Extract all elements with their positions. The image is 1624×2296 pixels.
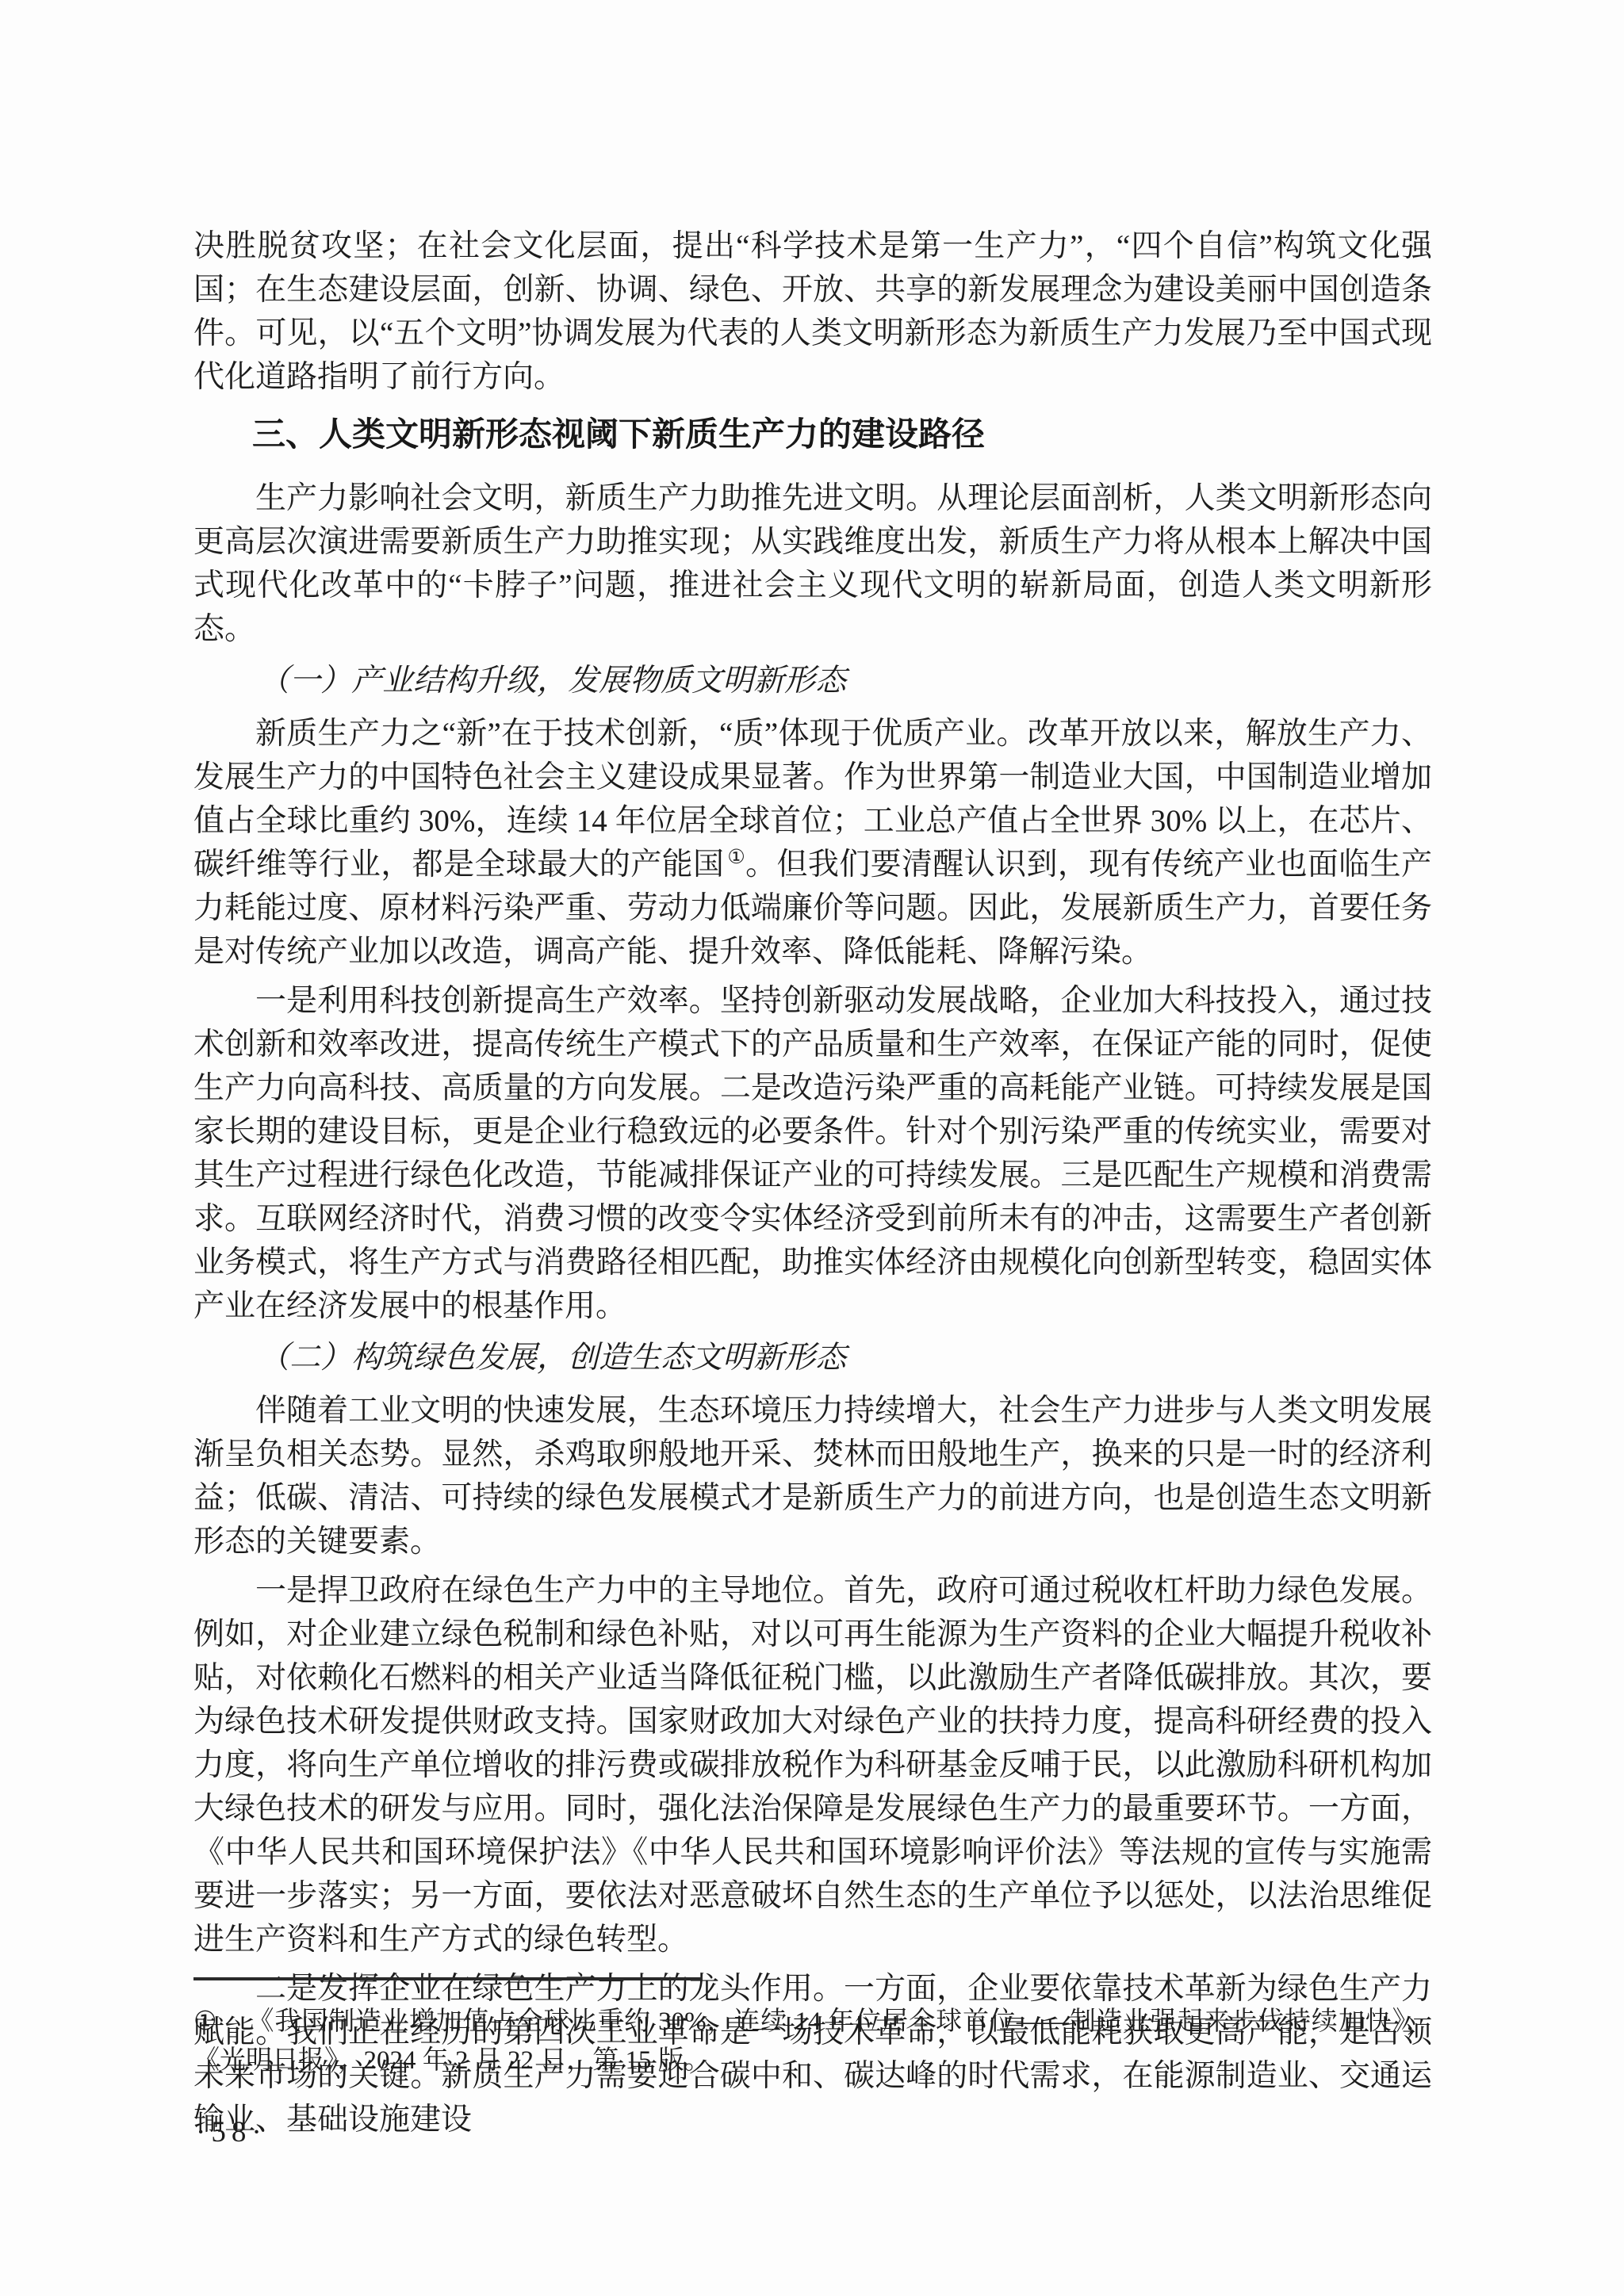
paragraph-with-footnote-ref: 新质生产力之“新”在于技术创新，“质”体现于优质产业。改革开放以来，解放生产力、…	[193, 712, 1432, 974]
footnote-text: 《我国制造业增加值占全球比重约 30%，连续 14 年位居全球首位——制造业强起…	[193, 2007, 1432, 2075]
paragraph: 一是捍卫政府在绿色生产力中的主导地位。首先，政府可通过税收杠杆助力绿色发展。例如…	[193, 1569, 1432, 1961]
footnote-divider	[193, 1977, 703, 1980]
page-number: ·58·	[196, 2115, 267, 2149]
journal-page: 决胜脱贫攻坚；在社会文化层面，提出“科学技术是第一生产力”，“四个自信”构筑文化…	[0, 0, 1624, 2296]
footnote: ①《我国制造业增加值占全球比重约 30%，连续 14 年位居全球首位——制造业强…	[193, 2003, 1432, 2080]
footnote-area: ①《我国制造业增加值占全球比重约 30%，连续 14 年位居全球首位——制造业强…	[193, 1977, 1432, 2080]
subsection-heading-1: （一）产业结构升级，发展物质文明新形态	[193, 659, 1432, 702]
paragraph: 一是利用科技创新提高生产效率。坚持创新驱动发展战略，企业加大科技投入，通过技术创…	[193, 979, 1432, 1328]
section-heading: 三、人类文明新形态视阈下新质生产力的建设路径	[193, 411, 1432, 457]
paragraph: 生产力影响社会文明，新质生产力助推先进文明。从理论层面剖析，人类文明新形态向更高…	[193, 476, 1432, 651]
paragraph: 伴随着工业文明的快速发展，生态环境压力持续增大，社会生产力进步与人类文明发展渐呈…	[193, 1389, 1432, 1563]
subsection-heading-2: （二）构筑绿色发展，创造生态文明新形态	[193, 1336, 1432, 1380]
footnote-marker: ①	[193, 2003, 217, 2042]
footnote-ref-marker: ①	[724, 847, 745, 868]
paragraph-continuation: 决胜脱贫攻坚；在社会文化层面，提出“科学技术是第一生产力”，“四个自信”构筑文化…	[193, 224, 1432, 399]
article-body: 决胜脱贫攻坚；在社会文化层面，提出“科学技术是第一生产力”，“四个自信”构筑文化…	[193, 224, 1432, 2147]
